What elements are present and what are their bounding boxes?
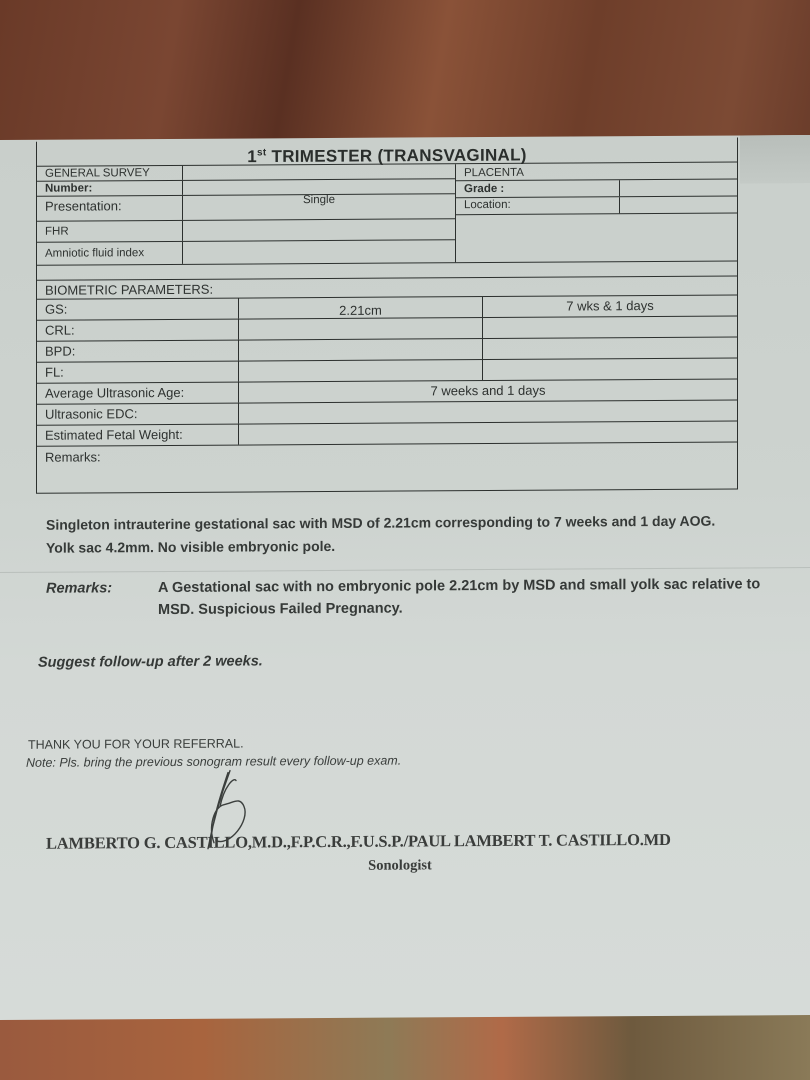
fhr-row: FHR <box>37 219 455 243</box>
paper-fold-crease <box>0 567 810 573</box>
crl-age <box>483 316 737 338</box>
gs-age: 7 wks & 1 days <box>483 295 737 317</box>
doctor-name: LAMBERTO G. CASTILLO,M.D.,F.P.C.R.,F.U.S… <box>46 829 766 853</box>
presentation-value: Single <box>183 194 455 220</box>
general-survey-header: GENERAL SURVEY <box>37 166 183 181</box>
gs-value: 2.21cm <box>239 297 483 318</box>
amniotic-fluid-value <box>183 240 455 264</box>
fabric-background-bottom <box>0 1010 810 1080</box>
form-remarks-row: Remarks: <box>37 442 737 493</box>
placenta-section: PLACENTA Grade : Location: <box>456 162 737 262</box>
efw-label: Estimated Fetal Weight: <box>37 425 239 446</box>
follow-up-suggestion: Suggest follow-up after 2 weeks. <box>38 653 263 670</box>
bpd-label: BPD: <box>37 341 239 362</box>
bpd-value <box>239 339 483 360</box>
crl-label: CRL: <box>37 320 239 341</box>
fhr-value <box>183 219 455 241</box>
paper-folded-corner <box>740 135 810 183</box>
crl-value <box>239 318 483 339</box>
form-remarks-label: Remarks: <box>37 446 109 492</box>
presentation-row: Presentation: Single <box>37 194 455 222</box>
thanks-text: THANK YOU FOR YOUR REFERRAL. <box>28 737 244 752</box>
efw-value <box>239 421 737 444</box>
placenta-grade-row: Grade : <box>456 179 737 198</box>
placenta-grade-value <box>620 179 737 196</box>
average-age-label: Average Ultrasonic Age: <box>37 383 239 404</box>
placenta-location-label: Location: <box>456 197 620 214</box>
remarks-label: Remarks: <box>46 577 158 622</box>
amniotic-fluid-label: Amniotic fluid index <box>37 242 183 265</box>
remarks-block: Remarks: A Gestational sac with no embry… <box>46 573 766 621</box>
placenta-location-value <box>620 196 737 213</box>
edc-label: Ultrasonic EDC: <box>37 404 239 425</box>
biometric-section: BIOMETRIC PARAMETERS: GS: 2.21cm 7 wks &… <box>37 276 737 493</box>
gs-label: GS: <box>37 299 239 320</box>
general-survey-section: GENERAL SURVEY Number: Presentation: Sin… <box>37 162 737 265</box>
findings-text: Singleton intrauterine gestational sac w… <box>46 509 746 559</box>
report-form-table: 1st TRIMESTER (TRANSVAGINAL) GENERAL SUR… <box>36 137 738 493</box>
fl-age <box>483 358 737 380</box>
placenta-grade-label: Grade : <box>456 180 620 197</box>
presentation-label: Presentation: <box>37 196 183 221</box>
placenta-location-row: Location: <box>456 196 737 215</box>
ultrasound-report-paper: 1st TRIMESTER (TRANSVAGINAL) GENERAL SUR… <box>0 135 810 1020</box>
amniotic-fluid-row: Amniotic fluid index <box>37 240 455 265</box>
doctor-role: Sonologist <box>340 857 460 875</box>
fhr-label: FHR <box>37 221 183 242</box>
number-label: Number: <box>37 181 183 196</box>
number-value <box>183 179 455 195</box>
remarks-text: A Gestational sac with no embryonic pole… <box>158 573 766 621</box>
fl-value <box>239 360 483 381</box>
edc-value <box>239 400 737 423</box>
biometric-header: BIOMETRIC PARAMETERS: <box>37 280 221 299</box>
placenta-header: PLACENTA <box>456 164 532 180</box>
average-age-value: 7 weeks and 1 days <box>239 379 737 402</box>
bpd-age <box>483 337 737 359</box>
form-remarks-value <box>109 442 737 492</box>
fl-label: FL: <box>37 362 239 383</box>
